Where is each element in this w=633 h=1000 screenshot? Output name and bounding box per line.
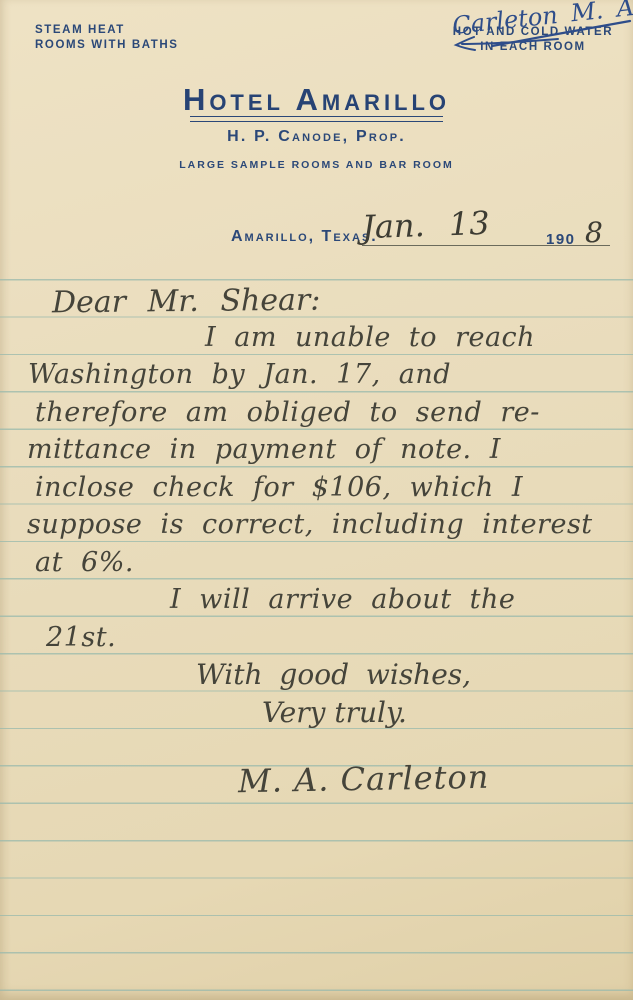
- hotel-name-underline: [190, 116, 443, 122]
- hotel-name: Hotel Amarillo: [0, 82, 633, 118]
- body-line: I will arrive about the: [170, 584, 515, 615]
- handwritten-date: Jan. 13: [361, 204, 490, 246]
- closing-line: With good wishes,: [196, 658, 471, 691]
- amenity-line: IN EACH ROOM: [448, 40, 618, 55]
- body-line: mittance in payment of note. I: [27, 434, 501, 465]
- body-line: 21st.: [46, 622, 116, 653]
- body-line: Washington by Jan. 17, and: [28, 359, 451, 390]
- handwritten-year-digit: 8: [585, 216, 603, 249]
- body-line: therefore am obliged to send re-: [35, 397, 540, 428]
- dateline-city: Amarillo, Texas.: [231, 228, 378, 246]
- body-line: I am unable to reach: [205, 322, 535, 353]
- amenity-line: ROOMS WITH BATHS: [35, 38, 179, 53]
- amenities-left: STEAM HEAT ROOMS WITH BATHS: [35, 23, 179, 53]
- body-line: at 6%.: [35, 547, 134, 578]
- closing-line: Very truly.: [262, 696, 407, 729]
- signature: M. A. Carleton: [238, 758, 490, 800]
- body-line: inclose check for $106, which I: [35, 472, 523, 503]
- body-line: suppose is correct, including interest: [27, 509, 593, 540]
- letter-page: STEAM HEAT ROOMS WITH BATHS HOT AND COLD…: [0, 0, 633, 1000]
- proprietor-line: H. P. Canode, Prop.: [0, 128, 633, 146]
- salutation: Dear Mr. Shear:: [52, 283, 321, 321]
- amenity-line: STEAM HEAT: [35, 23, 179, 38]
- printed-year-prefix: 190: [546, 231, 576, 248]
- tagline: LARGE SAMPLE ROOMS AND BAR ROOM: [0, 159, 633, 171]
